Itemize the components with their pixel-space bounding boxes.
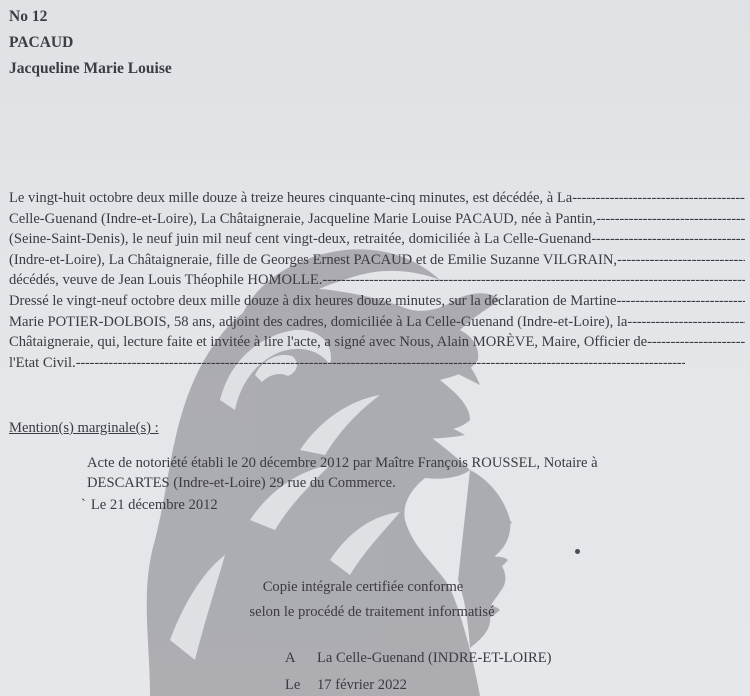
record-number: No 12 [9, 8, 47, 26]
dash-filler: ----------------------------------------… [596, 209, 745, 230]
document-content: No 12 PACAUD Jacqueline Marie Louise Le … [0, 0, 750, 696]
dash-filler: ----------------------------------------… [616, 291, 745, 312]
record-body-line-text: (Seine-Saint-Denis), le neuf juin mil ne… [9, 229, 591, 250]
record-body-line-text: l'Etat Civil. [9, 353, 76, 374]
dash-filler: ----------------------------------------… [322, 270, 745, 291]
certification-date: Le 17 février 2022 [285, 677, 407, 694]
record-body-line-text: (Indre-et-Loire), La Châtaigneraie, fill… [9, 250, 617, 271]
marginal-mentions-title: Mention(s) marginale(s) : [9, 420, 159, 437]
surname-heading: PACAUD [9, 34, 73, 52]
mention-line: DESCARTES (Indre-et-Loire) 29 rue du Com… [87, 474, 647, 494]
marginal-mention-text: Acte de notoriété établi le 20 décembre … [87, 454, 647, 493]
record-body-line-text: Châtaigneraie, qui, lecture faite et inv… [9, 332, 647, 353]
place-value: La Celle-Guenand (INDRE-ET-LOIRE) [317, 650, 552, 667]
record-body-line: décédés, veuve de Jean Louis Théophile H… [9, 270, 745, 291]
record-body-line: l'Etat Civil.---------------------------… [9, 353, 685, 374]
mention-line: Acte de notoriété établi le 20 décembre … [87, 454, 647, 474]
record-body-line-text: Dressé le vingt-neuf octobre deux mille … [9, 291, 616, 312]
record-body-line-text: Celle-Guenand (Indre-et-Loire), La Châta… [9, 209, 596, 230]
certification-line-2: selon le procédé de traitement informati… [0, 604, 747, 621]
record-body-line-text: décédés, veuve de Jean Louis Théophile H… [9, 270, 322, 291]
date-value: 17 février 2022 [317, 677, 407, 694]
mention-date: `Le 21 décembre 2012 [81, 497, 218, 514]
dash-filler: ----------------------------------------… [617, 250, 745, 271]
ink-spot [575, 549, 580, 554]
certification-place: A La Celle-Guenand (INDRE-ET-LOIRE) [285, 650, 552, 667]
dash-filler: ----------------------------------------… [591, 229, 745, 250]
certification-line-1: Copie intégrale certifiée conforme [0, 579, 738, 596]
record-body-line: Marie POTIER-DOLBOIS, 58 ans, adjoint de… [9, 312, 745, 333]
record-body-line: Celle-Guenand (Indre-et-Loire), La Châta… [9, 209, 745, 230]
dash-filler: ----------------------------------------… [76, 353, 685, 374]
dash-filler: ----------------------------------------… [627, 312, 745, 333]
civil-record-page: No 12 PACAUD Jacqueline Marie Louise Le … [0, 0, 750, 696]
record-body-line-text: Le vingt-huit octobre deux mille douze à… [9, 188, 572, 209]
dash-filler: ----------------------------------------… [647, 332, 745, 353]
record-body: Le vingt-huit octobre deux mille douze à… [9, 188, 745, 373]
date-label: Le [285, 677, 317, 694]
stray-mark: ` [81, 497, 86, 513]
record-body-line: Châtaigneraie, qui, lecture faite et inv… [9, 332, 745, 353]
place-label: A [285, 650, 317, 667]
record-body-line: (Indre-et-Loire), La Châtaigneraie, fill… [9, 250, 745, 271]
given-names-heading: Jacqueline Marie Louise [9, 60, 172, 78]
record-body-line: Dressé le vingt-neuf octobre deux mille … [9, 291, 745, 312]
record-body-line: (Seine-Saint-Denis), le neuf juin mil ne… [9, 229, 745, 250]
mention-date-text: Le 21 décembre 2012 [91, 497, 218, 513]
dash-filler: ----------------------------------------… [572, 188, 745, 209]
record-body-line: Le vingt-huit octobre deux mille douze à… [9, 188, 745, 209]
record-body-line-text: Marie POTIER-DOLBOIS, 58 ans, adjoint de… [9, 312, 627, 333]
